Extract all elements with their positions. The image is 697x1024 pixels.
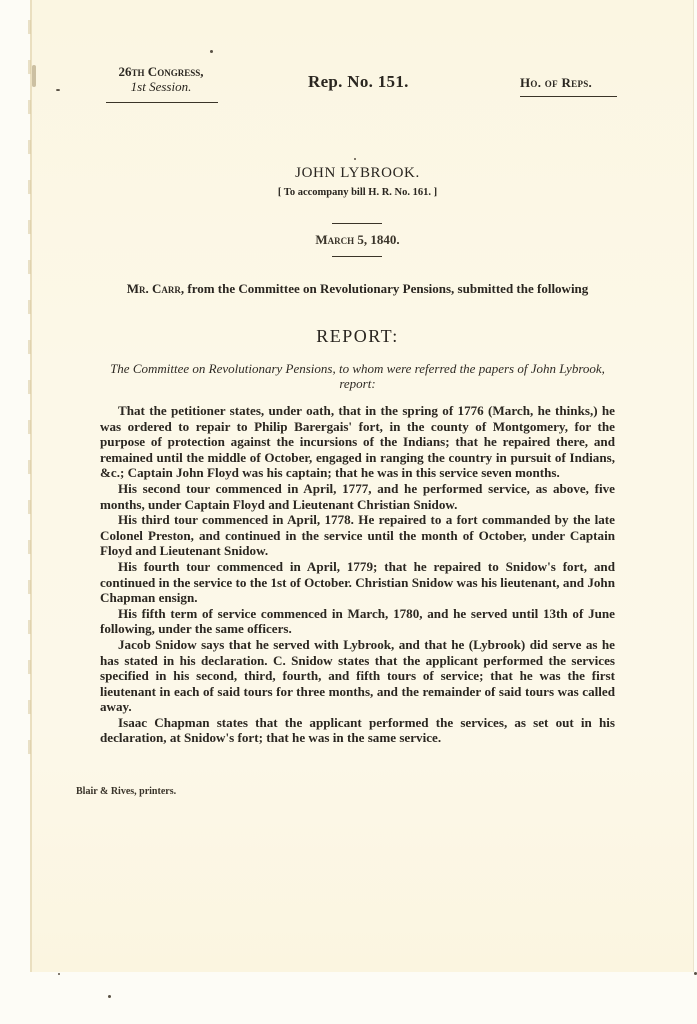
speck — [58, 973, 60, 975]
speaker-name: Mr. Carr, — [127, 281, 184, 296]
report-body: That the petitioner states, under oath, … — [100, 403, 615, 746]
congress-label: 26th Congress, — [102, 64, 220, 79]
committee-statement: The Committee on Revolutionary Pensions,… — [100, 361, 615, 391]
header-rule — [520, 96, 617, 97]
report-heading: REPORT: — [100, 326, 615, 347]
house-label: Ho. of Reps. — [520, 75, 592, 91]
accompany-note: [ To accompany bill H. R. No. 161. ] — [100, 187, 615, 198]
paragraph: His fifth term of service commenced in M… — [100, 606, 615, 637]
paragraph: Jacob Snidow says that he served with Ly… — [100, 637, 615, 715]
speck — [108, 995, 111, 998]
header-rule — [106, 102, 218, 103]
document-header: 26th Congress, 1st Session. Rep. No. 151… — [100, 64, 620, 104]
divider-rule — [332, 223, 382, 224]
report-date: March 5, 1840. — [100, 232, 615, 248]
congress-session: 26th Congress, 1st Session. — [102, 64, 220, 94]
intro-text: from the Committee on Revolutionary Pens… — [184, 281, 588, 296]
paragraph: His second tour commenced in April, 1777… — [100, 481, 615, 512]
intro-statement: Mr. Carr, from the Committee on Revoluti… — [100, 281, 615, 297]
report-number: Rep. No. 151. — [308, 72, 409, 92]
document-title: JOHN LYBROOK. — [100, 165, 615, 182]
paragraph: That the petitioner states, under oath, … — [100, 403, 615, 481]
divider-rule — [332, 256, 382, 257]
paragraph: Isaac Chapman states that the applicant … — [100, 715, 615, 746]
paragraph: His fourth tour commenced in April, 1779… — [100, 559, 615, 606]
speck — [210, 50, 213, 53]
paper-stain — [32, 65, 36, 87]
session-label: 1st Session. — [102, 79, 220, 94]
date-text: March 5, 1840. — [315, 232, 399, 247]
printer-imprint: Blair & Rives, printers. — [76, 786, 176, 797]
speck — [56, 89, 60, 91]
paper-worn-edge — [28, 20, 31, 780]
paragraph: His third tour commenced in April, 1778.… — [100, 512, 615, 559]
speck — [354, 158, 356, 160]
